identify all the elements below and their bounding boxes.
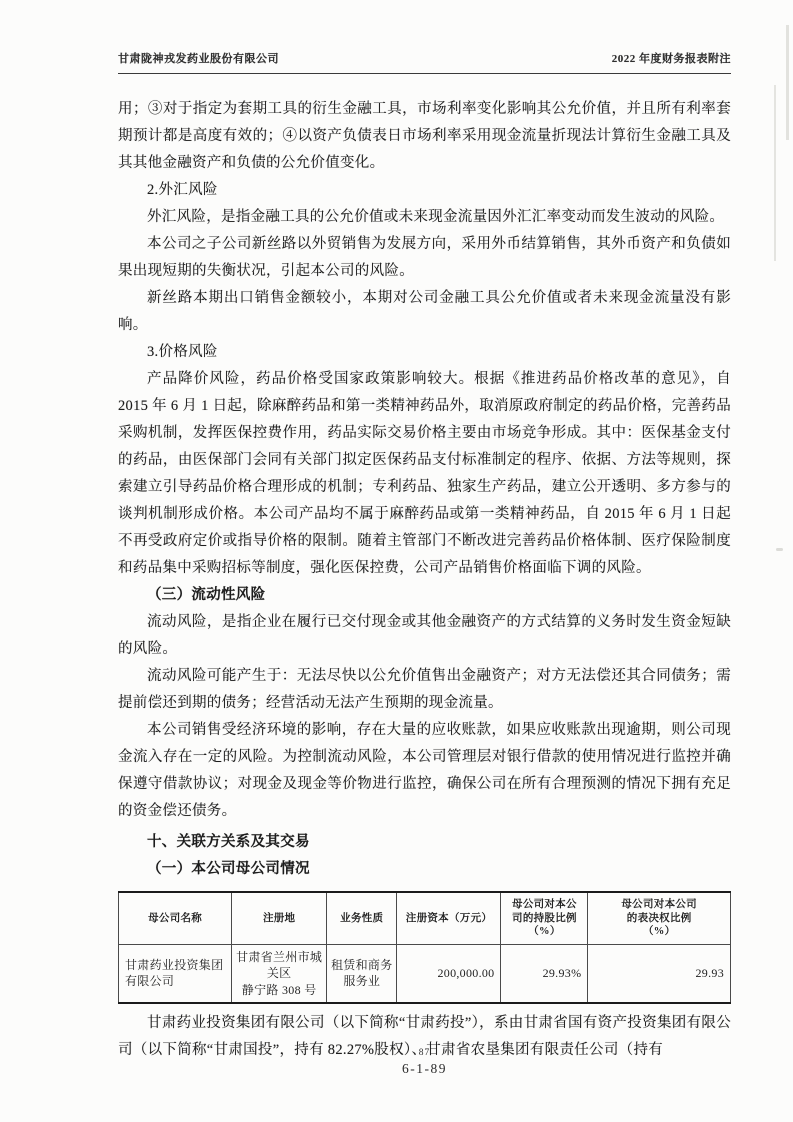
heading-liquidity-risk: （三）流动性风险 (118, 582, 731, 609)
heading-related-party-section: 十、关联方关系及其交易 (118, 829, 731, 856)
column-header-parent-name: 母公司名称 (119, 892, 232, 944)
paragraph-liquidity-control: 本公司销售受经济环境的影响，存在大量的应收账款，如果应收账款出现逾期，则公司现金… (118, 717, 731, 825)
table-header-row: 母公司名称 注册地 业务性质 注册资本（万元） 母公司对本公 司的持股比例 （%… (119, 892, 731, 944)
paragraph-forex-subsidiary: 本公司之子公司新丝路以外贸销售为发展方向，采用外币结算销售，其外币资产和负债如果… (118, 231, 731, 285)
page-footer: 87 6-1-89 (118, 1048, 731, 1077)
heading-price-risk: 3.价格风险 (118, 339, 731, 366)
document-page: 甘肃陇神戎发药业股份有限公司 2022 年度财务报表附注 用；③对于指定为套期工… (0, 0, 793, 1122)
heading-forex-risk: 2.外汇风险 (118, 177, 731, 204)
paragraph-forex-impact: 新丝路本期出口销售金额较小，本期对公司金融工具公允价值或者未来现金流量没有影响。 (118, 285, 731, 339)
header-company-name: 甘肃陇神戎发药业股份有限公司 (118, 50, 279, 66)
header-doc-title: 2022 年度财务报表附注 (612, 50, 731, 66)
column-header-business-nature: 业务性质 (327, 892, 397, 944)
paragraph-interest-rate-continuation: 用；③对于指定为套期工具的衍生金融工具，市场利率变化影响其公允价值，并且所有利率… (118, 96, 731, 177)
column-header-voting-ratio: 母公司对本公司 的表决权比例 （%） (588, 892, 731, 944)
scan-artifact-line (786, 25, 789, 140)
page-number: 87 (118, 1048, 731, 1059)
paragraph-forex-definition: 外汇风险，是指金融工具的公允价值或未来现金流量因外汇汇率变动而发生波动的风险。 (118, 204, 731, 231)
document-body: 用；③对于指定为套期工具的衍生金融工具，市场利率变化影响其公允价值，并且所有利率… (118, 96, 731, 1064)
cell-parent-name: 甘肃药业投资集团 有限公司 (119, 944, 232, 1003)
column-header-registered-address: 注册地 (232, 892, 327, 944)
paragraph-price-risk-detail: 产品降价风险，药品价格受国家政策影响较大。根据《推进药品价格改革的意见》，自 2… (118, 366, 731, 582)
cell-voting-ratio: 29.93 (588, 944, 731, 1003)
scan-artifact-line (774, 85, 776, 261)
table-row: 甘肃药业投资集团 有限公司 甘肃省兰州市城关区 静宁路 308 号 租赁和商务 … (119, 944, 731, 1003)
cell-shareholding-ratio: 29.93% (501, 944, 588, 1003)
column-header-shareholding-ratio: 母公司对本公 司的持股比例 （%） (501, 892, 588, 944)
paragraph-liquidity-sources: 流动风险可能产生于：无法尽快以公允价值售出金融资产；对方无法偿还其合同债务；需提… (118, 663, 731, 717)
document-code: 6-1-89 (118, 1061, 731, 1077)
cell-registered-address: 甘肃省兰州市城关区 静宁路 308 号 (232, 944, 327, 1003)
scan-artifact-smudge (776, 548, 783, 551)
cell-business-nature: 租赁和商务 服务业 (327, 944, 397, 1003)
heading-parent-company-subsection: （一）本公司母公司情况 (118, 856, 731, 883)
column-header-registered-capital: 注册资本（万元） (397, 892, 501, 944)
page-header: 甘肃陇神戎发药业股份有限公司 2022 年度财务报表附注 (118, 50, 731, 74)
parent-company-table: 母公司名称 注册地 业务性质 注册资本（万元） 母公司对本公 司的持股比例 （%… (118, 891, 731, 1004)
cell-registered-capital: 200,000.00 (397, 944, 501, 1003)
paragraph-liquidity-definition: 流动风险，是指企业在履行已交付现金或其他金融资产的方式结算的义务时发生资金短缺的… (118, 609, 731, 663)
